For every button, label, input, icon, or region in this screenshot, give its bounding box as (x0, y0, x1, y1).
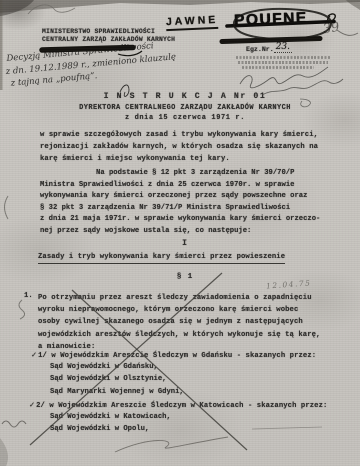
poufne-strikethrough (227, 22, 334, 27)
redaction-bar-reference (42, 48, 133, 51)
annotation-marks-overlay (0, 0, 360, 466)
redaction-bar-classification (222, 39, 320, 42)
pencil-swoosh (337, 30, 358, 35)
margin-mark-wave (2, 421, 26, 427)
scanned-document-page: MINISTERSTWO SPRAWIEDLIWOŚCI CENTRALNY Z… (0, 0, 360, 466)
margin-mark-curl (19, 300, 25, 319)
bottom-faint-line (252, 427, 322, 429)
dark-left-edge (0, 0, 3, 90)
crossout-line-right (72, 290, 247, 450)
redaction-flourish (118, 51, 142, 56)
crossout-line-left (30, 273, 222, 445)
margin-mark-parenthesis (5, 196, 9, 219)
signature-paraph (300, 99, 310, 107)
note-paraph (120, 85, 129, 97)
dark-bottom-left-corner (0, 438, 8, 466)
torn-top-right-corner (346, 0, 360, 10)
signature-squiggle (262, 79, 343, 95)
bottom-pencil-curve (115, 437, 228, 452)
